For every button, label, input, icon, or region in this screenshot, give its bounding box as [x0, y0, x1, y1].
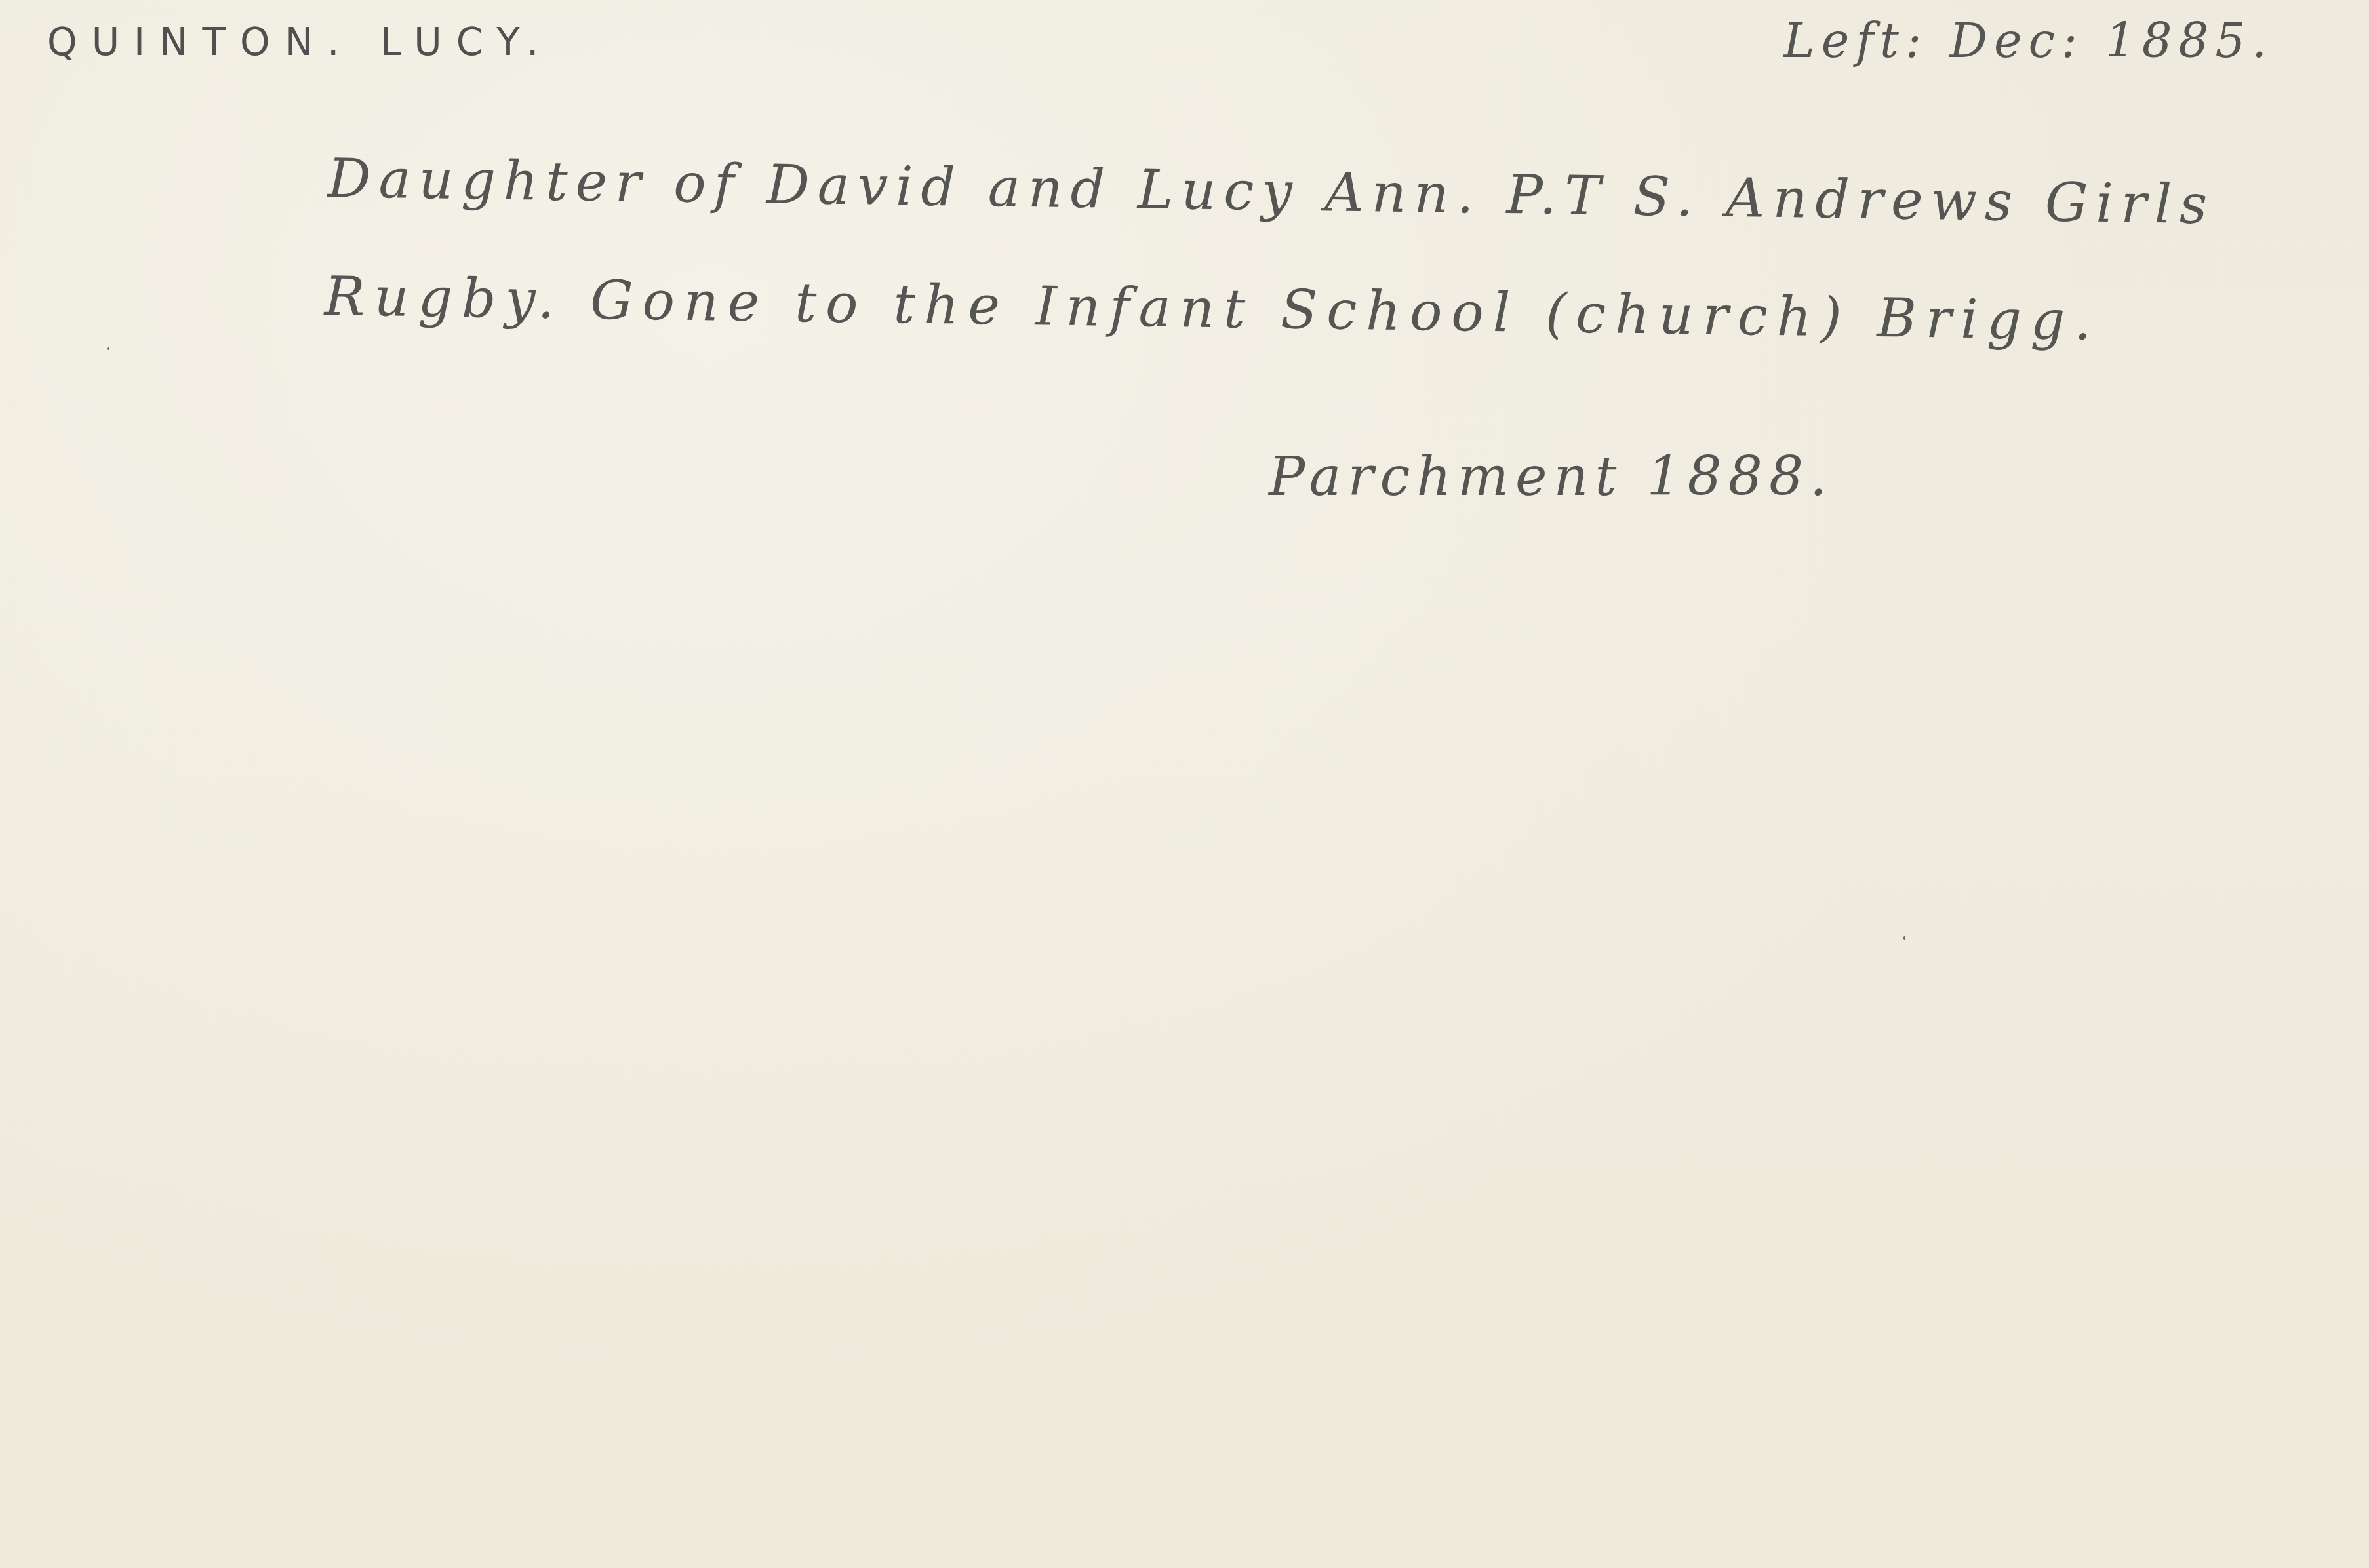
paper-speck — [107, 347, 109, 350]
paper-speck — [1903, 936, 1905, 940]
left-date: Left: Dec: 1885. — [1783, 13, 2273, 68]
notes-line-2: Rugby. Gone to the Infant School (church… — [324, 265, 2101, 353]
student-name: QUINTON. LUCY. — [47, 20, 553, 64]
notes-line-1: Daughter of David and Lucy Ann. P.T S. A… — [327, 147, 2215, 236]
record-card: QUINTON. LUCY. Left: Dec: 1885. Daughter… — [0, 0, 2369, 1568]
parchment-year: Parchment 1888. — [1269, 446, 1833, 508]
